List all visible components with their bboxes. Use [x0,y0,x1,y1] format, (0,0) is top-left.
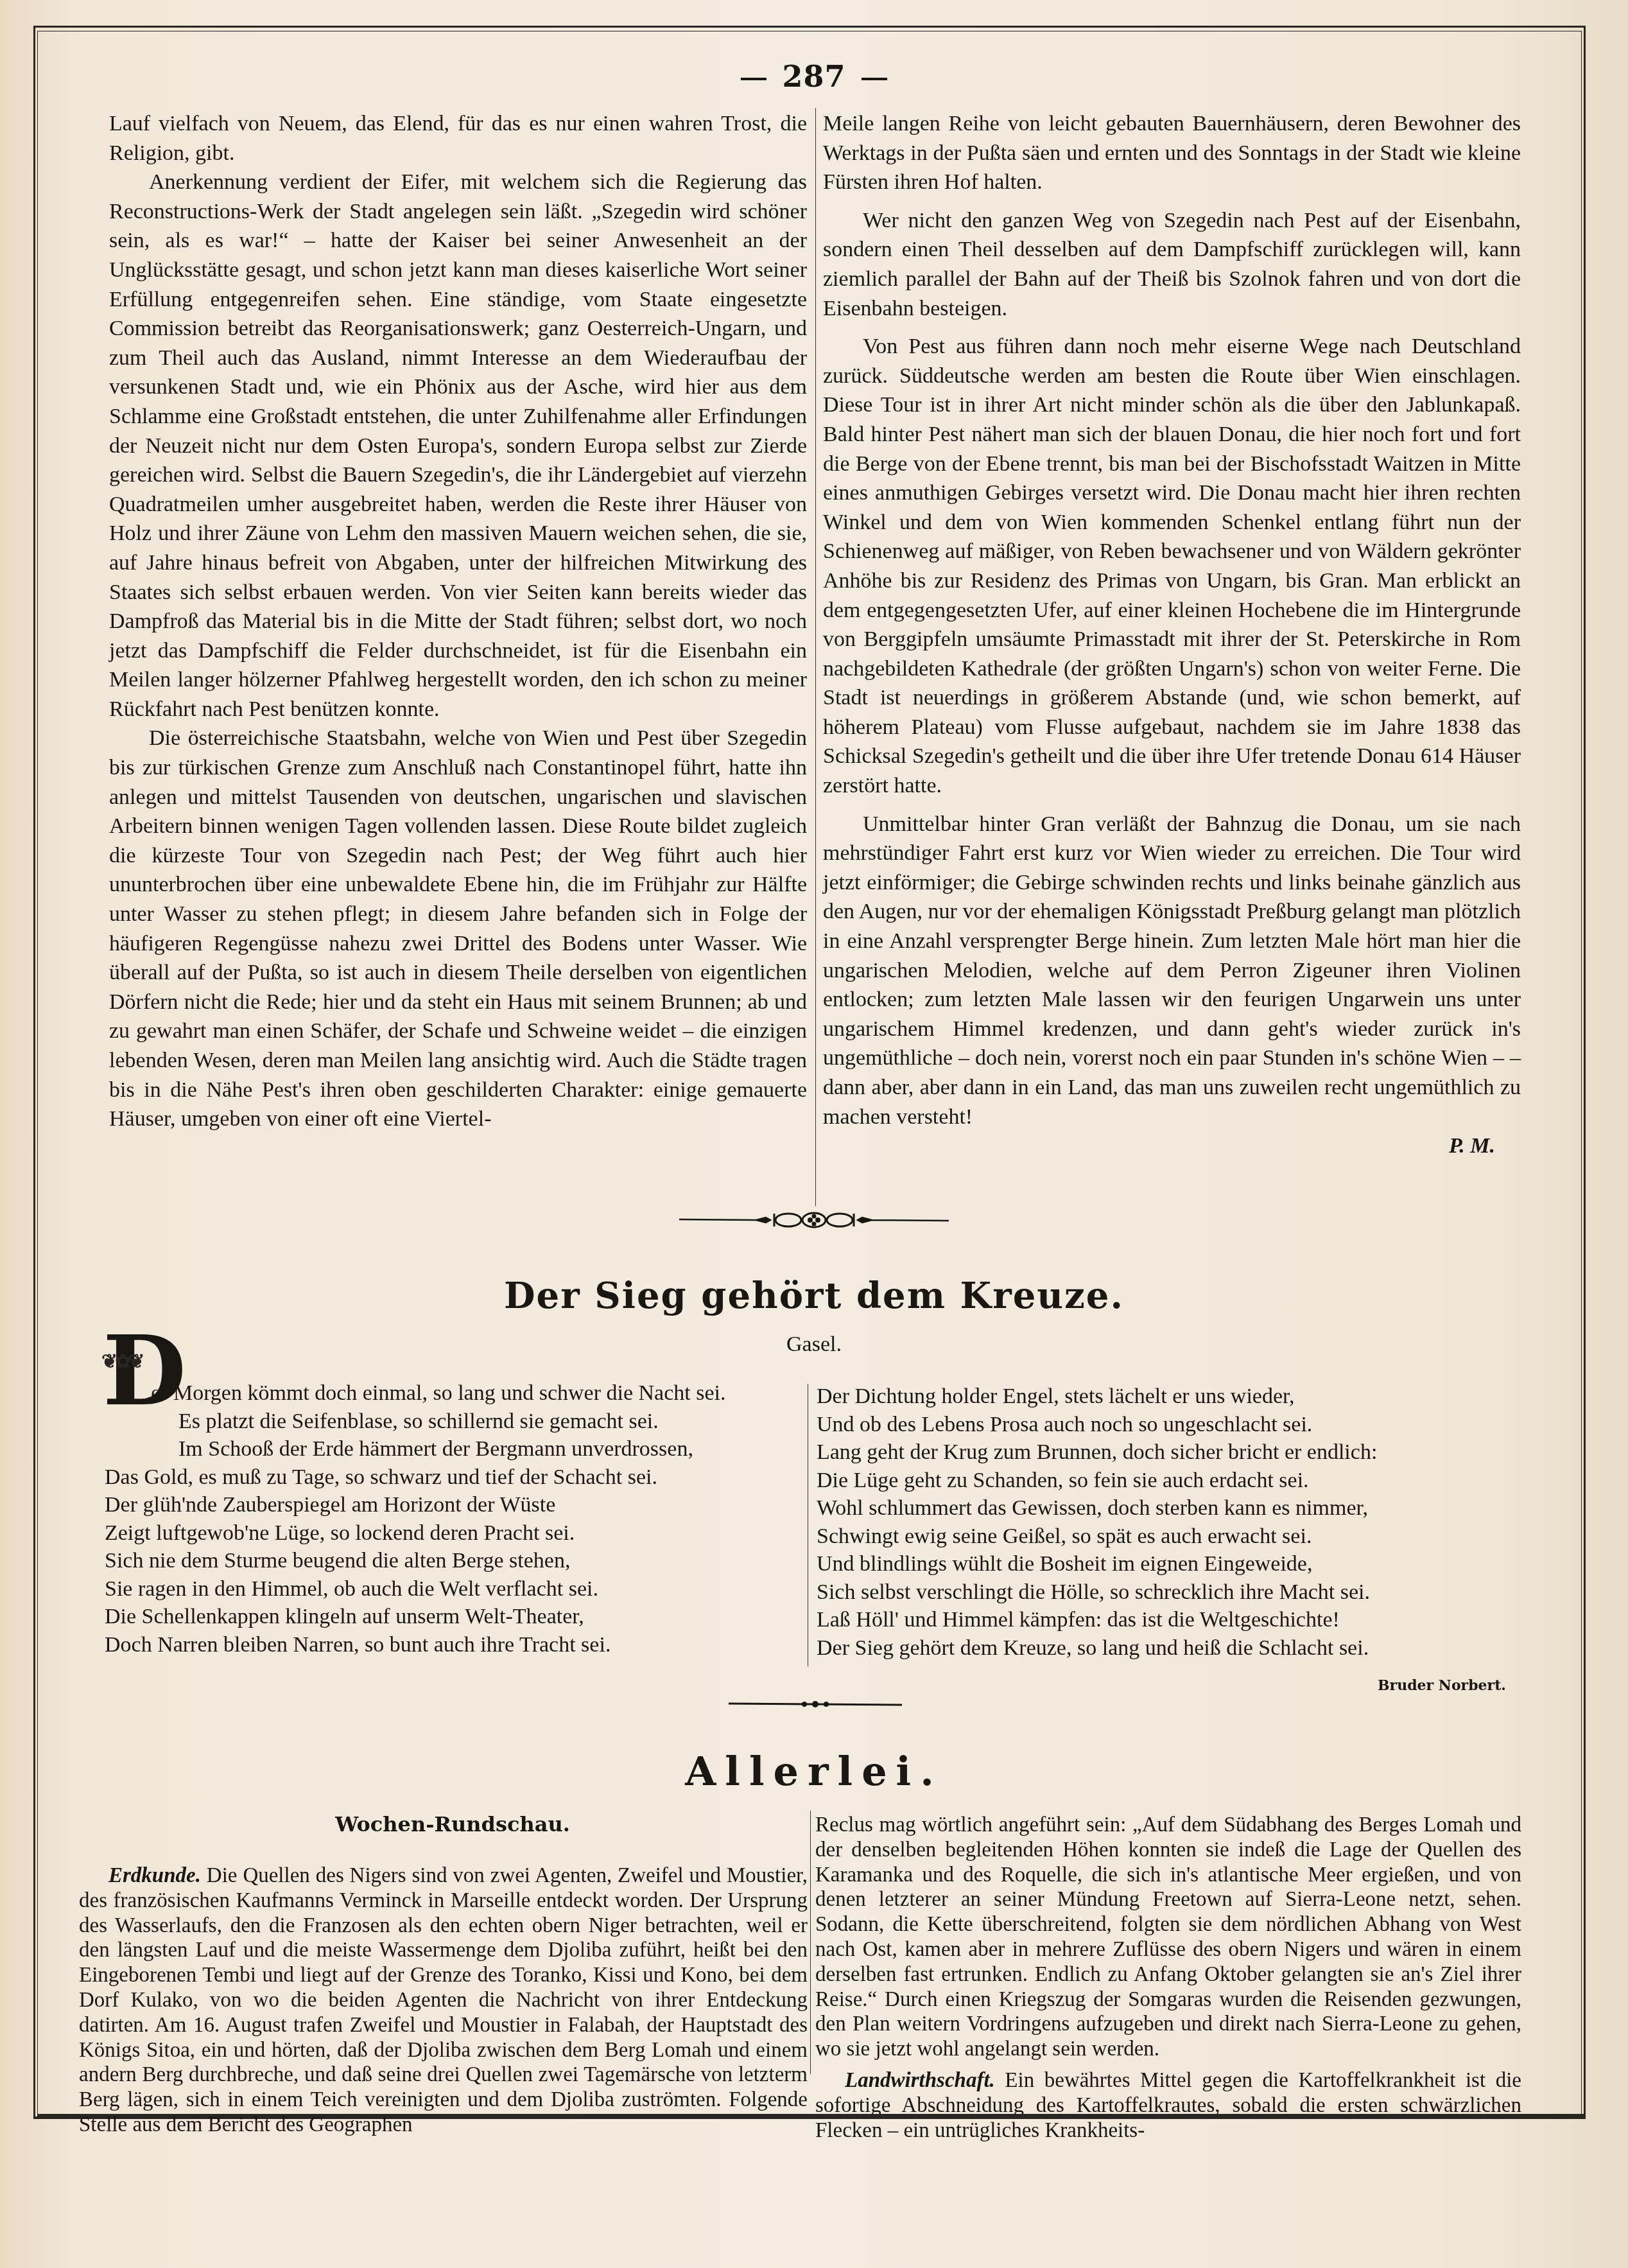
poem-line: Im Schooß der Erde hämmert der Bergmann … [105,1435,817,1463]
poem-line: Der glüh'nde Zauberspiegel am Horizont d… [105,1491,817,1519]
column-divider [810,1811,811,2074]
paragraph: Unmittelbar hinter Gran verläßt der Bahn… [823,810,1521,1132]
page-bottom-rule [37,2114,1586,2116]
poem-line: Der Dichtung holder Engel, stets lächelt… [817,1383,1529,1411]
column-divider [815,108,816,1206]
paragraph-keyword: Landwirthschaft. [845,2069,995,2092]
page-number-text: 287 [782,59,845,94]
small-divider-icon [729,1700,902,1709]
poem-line: Schwingt ewig seine Geißel, so spät es a… [817,1522,1529,1551]
poem-line: Das Gold, es muß zu Tage, so schwarz und… [105,1463,817,1492]
poem-line: Sie ragen in den Himmel, ob auch die Wel… [105,1575,817,1603]
paragraph: Landwirthschaft. Ein bewährtes Mittel ge… [815,2068,1521,2143]
ornament-dash-right [862,78,887,80]
paragraph: Erdkunde. Die Quellen des Nigers sind vo… [79,1863,808,2138]
article-signature: P. M. [823,1131,1521,1161]
poem-line: Wohl schlummert das Gewissen, doch sterb… [817,1494,1529,1522]
poem-subtitle: Gasel. [0,1332,1628,1357]
poem-title: Der Sieg gehört dem Kreuze. [0,1275,1628,1317]
section-title-allerlei: Allerlei. [0,1748,1628,1795]
paragraph-text: Die Quellen des Nigers sind von zwei Age… [79,1864,808,2136]
paragraph: Reclus mag wörtlich angeführt sein: „Auf… [815,1813,1521,2062]
column-divider [808,1384,808,1666]
paragraph: Die österreichische Staatsbahn, welche v… [109,724,807,1133]
poem-author: Bruder Norbert. [1378,1677,1506,1694]
paragraph: Von Pest aus führen dann noch mehr eiser… [823,332,1521,801]
poem-line: Lang geht der Krug zum Brunnen, doch sic… [817,1438,1529,1467]
poem-line: er Morgen kömmt doch einmal, so lang und… [105,1379,817,1408]
paragraph: Meile langen Reihe von leicht gebauten B… [823,109,1521,197]
poem-line: Der Sieg gehört dem Kreuze, so lang und … [817,1634,1529,1662]
poem-right-column: Der Dichtung holder Engel, stets lächelt… [817,1383,1529,1662]
allerlei-right-column: Reclus mag wörtlich angeführt sein: „Auf… [815,1813,1521,2143]
flourish-icon [679,1207,949,1233]
poem-line: Sich nie dem Sturme beugend die alten Be… [105,1547,817,1575]
poem-line: Und ob des Lebens Prosa auch noch so ung… [817,1411,1529,1439]
allerlei-left-column: Erdkunde. Die Quellen des Nigers sind vo… [79,1863,808,2138]
poem-line: Und blindlings wühlt die Bosheit im eign… [817,1550,1529,1578]
poem-line: Es platzt die Seifenblase, so schillernd… [105,1408,817,1436]
poem-line: Die Schellenkappen klingeln auf unserm W… [105,1603,817,1631]
paragraph-keyword: Erdkunde. [108,1864,201,1887]
poem-line: Sich selbst verschlingt die Hölle, so sc… [817,1578,1529,1607]
article-right-column: Meile langen Reihe von leicht gebauten B… [823,109,1521,1161]
paragraph: Lauf vielfach von Neuem, das Elend, für … [109,109,807,168]
paragraph: Anerkennung verdient der Eifer, mit welc… [109,168,807,724]
poem-line: Doch Narren bleiben Narren, so bunt auch… [105,1631,817,1659]
ornament-dash-left [741,78,766,80]
poem-line: Zeigt luftgewob'ne Lüge, so lockend dere… [105,1519,817,1548]
poem-left-column: er Morgen kömmt doch einmal, so lang und… [105,1379,817,1659]
paragraph-text: Reclus mag wörtlich angeführt sein: „Auf… [815,1813,1521,2061]
section-heading-wochen-rundschau: Wochen-Rundschau. [100,1812,806,1836]
paragraph: Wer nicht den ganzen Weg von Szegedin na… [823,206,1521,323]
article-left-column: Lauf vielfach von Neuem, das Elend, für … [109,109,807,1134]
ornamental-divider [0,1207,1628,1235]
poem-line: Die Lüge geht zu Schanden, so fein sie a… [817,1467,1529,1495]
page-number: 287 [0,59,1628,94]
poem-line: Laß Höll' und Himmel kämpfen: das ist di… [817,1606,1529,1634]
